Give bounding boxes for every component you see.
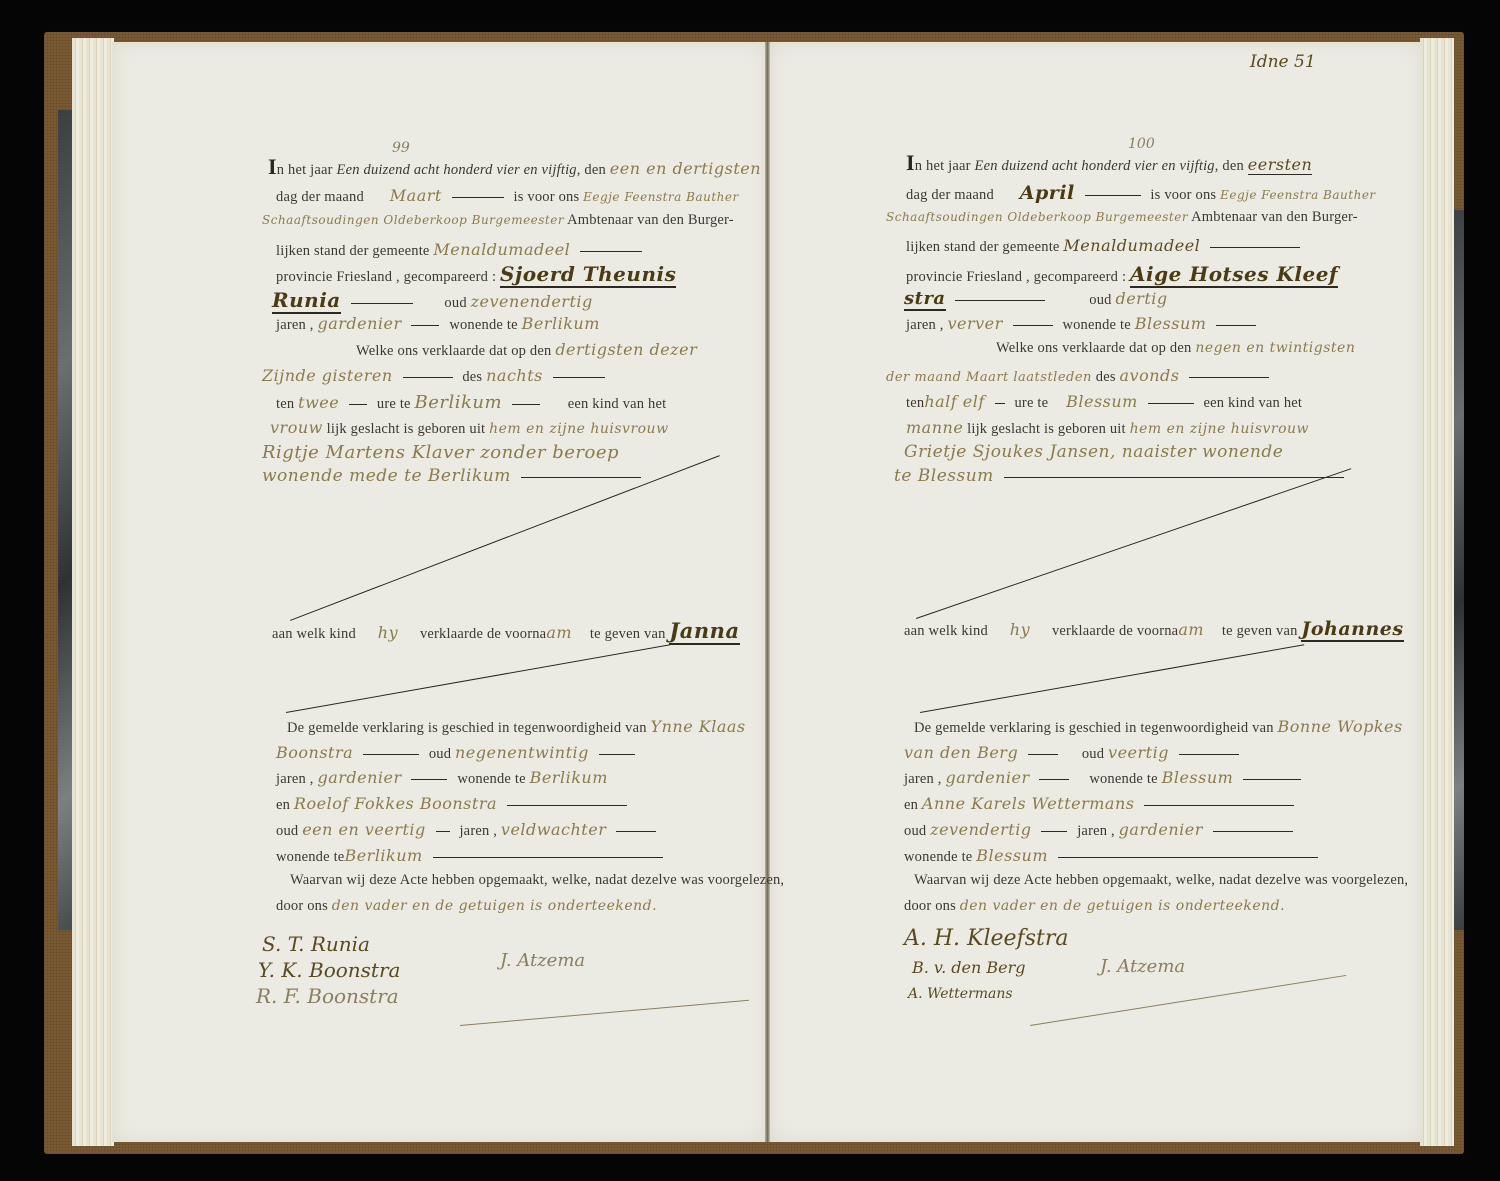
month-field: Maart	[390, 186, 442, 205]
folio-marker: Idne 51	[1250, 52, 1316, 72]
witness-intro-line: De gemelde verklaring is geschied in teg…	[914, 717, 1403, 737]
age-line: Runia oud zevenendertig	[272, 288, 593, 312]
hour-line: tenhalf elf ure te Blessum een kind van …	[906, 392, 1302, 412]
closing-line: Waarvan wij deze Acte hebben opgemaakt, …	[290, 872, 784, 889]
intro-line: In het jaar Een duizend acht honderd vie…	[906, 152, 1312, 175]
declared-line: Welke ons verklaarde dat op den negen en…	[996, 340, 1355, 357]
page-edges-left	[72, 38, 114, 1146]
witness2-res-line: wonende te Blessum	[904, 846, 1324, 866]
name-line: aan welk kind hy verklaarde de voornaam …	[272, 618, 740, 643]
sex-line: manne lijk geslacht is geboren uit hem e…	[906, 418, 1309, 438]
signature-father: S. T. Runia	[262, 932, 370, 956]
witness1-occ-line: jaren , gardenier wonende te Berlikum	[276, 768, 608, 788]
child-name: Janna	[669, 618, 739, 645]
hour-line: ten twee ure te Berlikum een kind van he…	[276, 392, 666, 413]
signature-witness2: A. Wettermans	[908, 986, 1013, 1002]
book-gutter	[765, 42, 770, 1142]
day-field: een en dertigsten	[610, 159, 761, 178]
witness1-age-line: van den Berg oud veertig	[904, 743, 1245, 763]
gemeente-line: lijken stand der gemeente Menaldumadeel	[906, 236, 1306, 256]
witness2-line: en Roelof Fokkes Boonstra	[276, 794, 633, 814]
official-line: Schaaftsoudingen Oldeberkoop Burgemeeste…	[886, 209, 1358, 226]
age-line: stra oud dertig	[904, 288, 1168, 309]
mother-line: Rigtje Martens Klaver zonder beroep	[262, 442, 619, 463]
witness-intro-line: De gemelde verklaring is geschied in teg…	[287, 717, 746, 737]
provincie-line: provincie Friesland , gecompareerd : Aig…	[906, 262, 1338, 286]
signature-witness2: R. F. Boonstra	[256, 984, 399, 1008]
witness2-age-line: oud zevendertig jaren , gardenier	[904, 820, 1299, 840]
gemeente-line: lijken stand der gemeente Menaldumadeel	[276, 240, 648, 260]
left-page	[112, 42, 766, 1142]
time-line: der maand Maart laatstleden des avonds	[886, 366, 1275, 386]
record-number: 100	[1128, 136, 1155, 152]
witness2-res-line: wonende teBerlikum	[276, 846, 669, 866]
month-line: dag der maand Maart is voor ons Eegje Fe…	[276, 186, 739, 206]
occupation-line: jaren , gardenier wonende te Berlikum	[276, 314, 600, 334]
month-field: April	[1020, 182, 1075, 204]
time-line: Zijnde gisteren des nachts	[262, 366, 611, 386]
day-field: eersten	[1248, 155, 1313, 175]
signed-line: door ons den vader en de getuigen is ond…	[276, 898, 657, 915]
sex-line: vrouw lijk geslacht is geboren uit hem e…	[270, 418, 669, 438]
mother-line: Grietje Sjoukes Jansen, naaister wonende	[904, 442, 1283, 462]
witness1-occ-line: jaren , gardenier wonende te Blessum	[904, 768, 1307, 788]
name-line: aan welk kind hy verklaarde de voornaam …	[904, 618, 1404, 640]
closing-line: Waarvan wij deze Acte hebben opgemaakt, …	[914, 872, 1408, 889]
residence-line: wonende mede te Berlikum	[262, 466, 647, 486]
right-page	[770, 42, 1422, 1142]
child-name: Johannes	[1301, 618, 1403, 642]
month-line: dag der maand April is voor ons Eegje Fe…	[906, 182, 1376, 204]
official-line: Schaaftsoudingen Oldeberkoop Burgemeeste…	[262, 212, 734, 229]
witness1-age-line: Boonstra oud negenentwintig	[276, 743, 641, 763]
signature-official: J. Atzema	[500, 950, 585, 971]
intro-line: In het jaar Een duizend acht honderd vie…	[268, 156, 761, 179]
provincie-line: provincie Friesland , gecompareerd : Sjo…	[276, 262, 676, 286]
signature-official: J. Atzema	[1100, 956, 1185, 977]
father-name: Sjoerd Theunis	[500, 262, 676, 288]
witness2-age-line: oud een en veertig jaren , veldwachter	[276, 820, 662, 840]
signature-witness1: Y. K. Boonstra	[258, 958, 400, 982]
father-name: Aige Hotses Kleef	[1130, 262, 1338, 288]
signature-witness1: B. v. den Berg	[912, 958, 1025, 977]
declared-line: Welke ons verklaarde dat op den dertigst…	[356, 340, 697, 360]
occupation-line: jaren , verver wonende te Blessum	[906, 314, 1262, 334]
page-edges-right	[1420, 38, 1454, 1146]
signed-line: door ons den vader en de getuigen is ond…	[904, 898, 1285, 915]
record-number: 99	[392, 140, 410, 156]
signature-father: A. H. Kleefstra	[904, 926, 1068, 951]
residence-line: te Blessum	[894, 466, 1350, 486]
witness2-line: en Anne Karels Wettermans	[904, 794, 1300, 814]
